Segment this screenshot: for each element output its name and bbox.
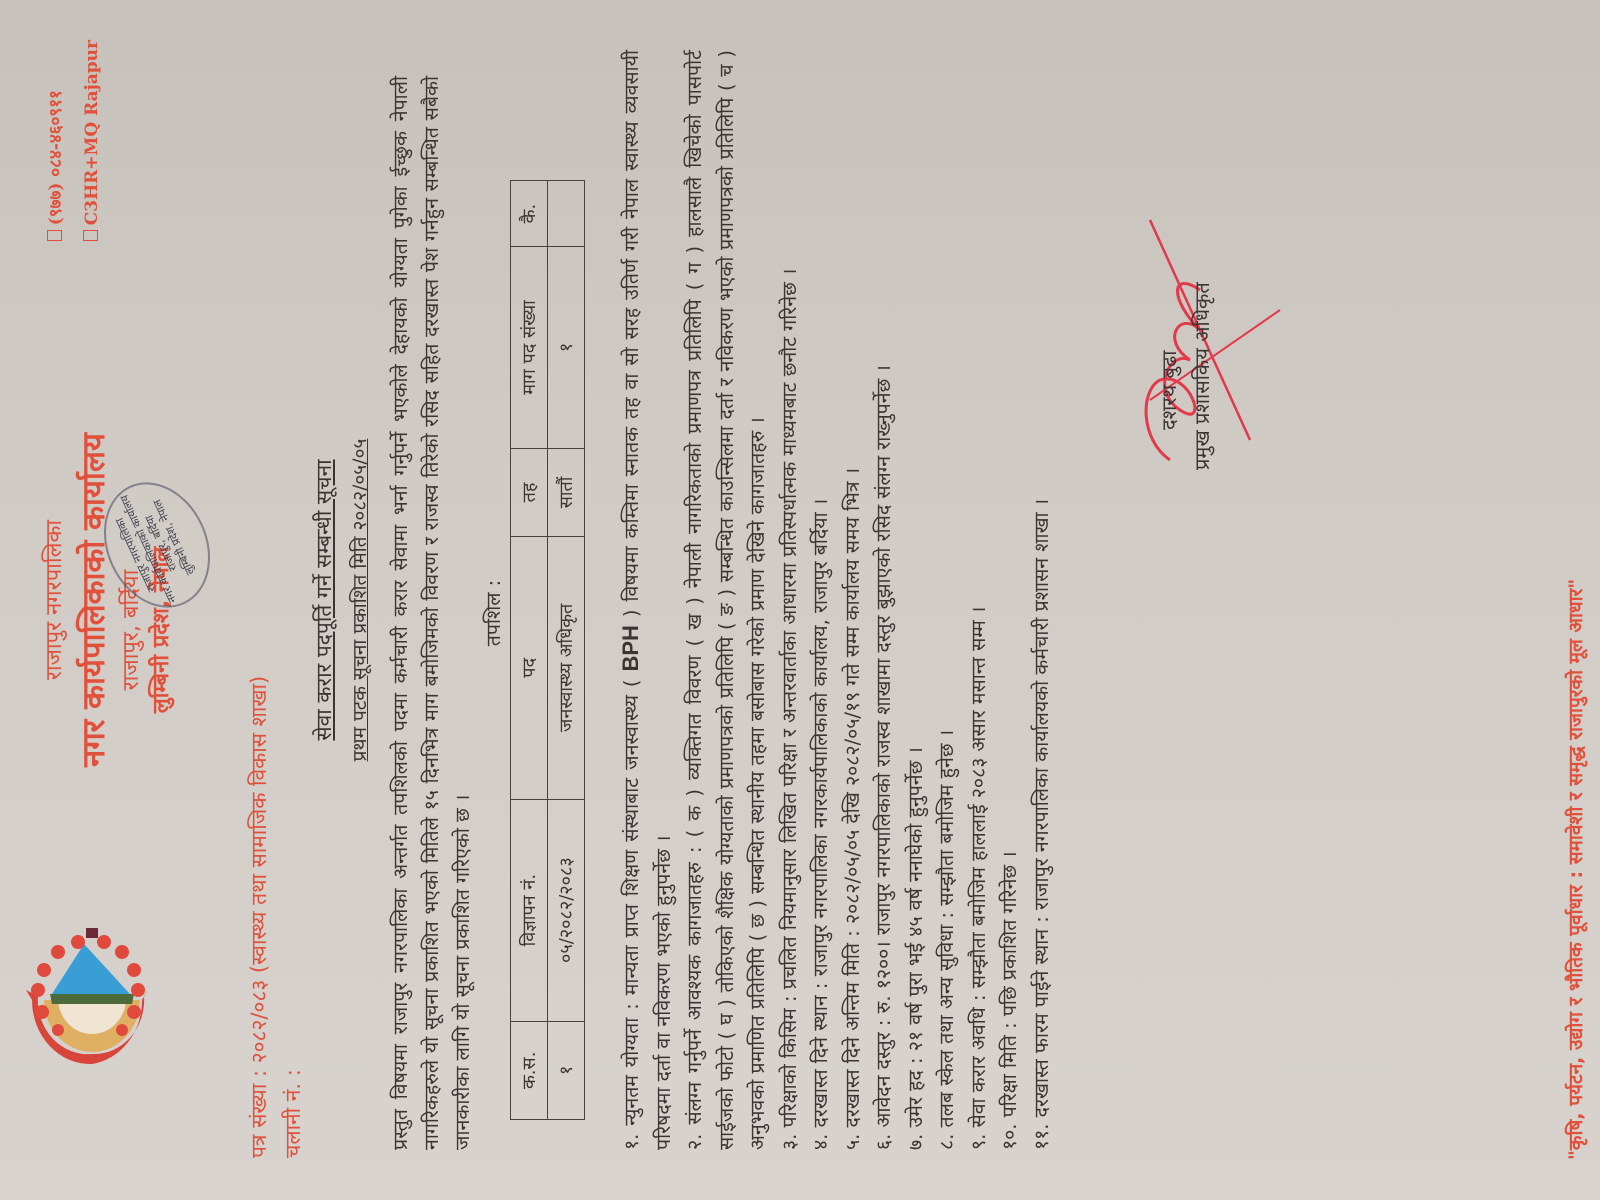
table-cell: १ (548, 247, 585, 449)
list-item: ९. सेवा करार अवधि : सम्झौता बमोजिम हालला… (963, 50, 995, 1150)
table-header-cell: माग पद संख्या (511, 247, 548, 449)
office-location: राजापुर, बर्दिया लुम्बिनी प्रदेश, नेपाल … (115, 500, 205, 760)
table-header-cell: पद (511, 536, 548, 799)
phone-icon (47, 230, 62, 241)
signatory-name: दशरथ बुढा (1155, 351, 1182, 430)
list-item: ३. परिक्षाको किसिम : प्रचलित नियमानुसार … (774, 50, 806, 1150)
list-item: ५. दरखास्त दिने अन्तिम मिति : २०८२/०५/०५… (837, 50, 869, 1150)
requirements-list: १. न्युनतम योग्यता : मान्यता प्राप्त शिक… (615, 50, 1057, 1150)
phone-number: (९७७) ०८४-४६०९११ (46, 90, 66, 225)
signatory-title: प्रमुख प्रशासकिय अधिकृत (1188, 282, 1215, 470)
list-item: ८. तलब स्केल तथा अन्य सुविधा : सम्झौता ब… (931, 50, 963, 1150)
reference-numbers: पत्र संख्या : २०८२/०८३ (स्वास्थ्य तथा सा… (242, 676, 310, 1158)
list-item: ४. दरखास्त दिने स्थान : राजापुर नगरपालिक… (805, 50, 837, 1150)
table-cell: सातौं (548, 448, 585, 536)
table-row: १०५/२०८२/२०८३जनस्वास्थ्य अधिकृतसातौं१ (548, 181, 585, 1120)
list-item: १. न्युनतम योग्यता : मान्यता प्राप्त शिक… (615, 50, 679, 1150)
degree-abbreviation: BPH (618, 625, 643, 671)
table-cell: ०५/२०८२/२०८३ (548, 799, 585, 1021)
plus-code: C3HR+MQ Rajapur (82, 40, 102, 225)
list-item: ७. उमेर हद : २१ वर्ष पुरा भई ४५ वर्ष नना… (900, 50, 932, 1150)
notice-subtitle: प्रथम पटक सूचना प्रकाशित मिति २०८२/०५/०५ (346, 0, 372, 1200)
list-item: २. संलग्न गर्नुपर्ने आवश्यक कागजातहरु : … (679, 50, 774, 1150)
letter-number: पत्र संख्या : २०८२/०८३ (स्वास्थ्य तथा सा… (242, 676, 276, 1158)
table-header-cell: क.स. (511, 1021, 548, 1119)
table-header-cell: विज्ञापन नं. (511, 799, 548, 1021)
footer-slogan: "कृषि, पर्यटन, उद्योग र भौतिक पूर्वाधार … (1562, 0, 1588, 1160)
location-icon (83, 230, 98, 241)
list-item: १०. परिक्षा मिति : पछि प्रकाशित गरिनेछ । (994, 50, 1026, 1150)
table-cell: जनस्वास्थ्य अधिकृत (548, 536, 585, 799)
list-item: ६. आवेदन दस्तुर : रु. १२००। राजापुर नगरप… (868, 50, 900, 1150)
contact-info: (९७७) ०८४-४६०९११ C3HR+MQ Rajapur (38, 40, 110, 241)
schedule-label: तपशिल : (478, 76, 509, 1150)
table-header-cell: कै. (511, 181, 548, 247)
dispatch-number: चलानी नं. : (276, 676, 310, 1158)
notice-document: राजापुर नगरपालिका नगर कार्यपालिकाको कार्… (0, 0, 1600, 1200)
table-header-cell: तह (511, 448, 548, 536)
table-cell: १ (548, 1021, 585, 1119)
notice-title: सेवा करार पदपूर्ति गर्ने सम्बन्धी सूचना (310, 0, 338, 1200)
table-header-row: क.स.विज्ञापन नं.पदतहमाग पद संख्याकै. (511, 181, 548, 1120)
vacancy-table: क.स.विज्ञापन नं.पदतहमाग पद संख्याकै. १०५… (510, 180, 585, 1120)
intro-paragraph: प्रस्तुत विषयमा राजापुर नगरपालिका अन्तर्… (385, 76, 509, 1150)
table-cell (548, 181, 585, 247)
list-item: ११. दरखास्त फारम पाईने स्थान : राजापुर न… (1026, 50, 1058, 1150)
